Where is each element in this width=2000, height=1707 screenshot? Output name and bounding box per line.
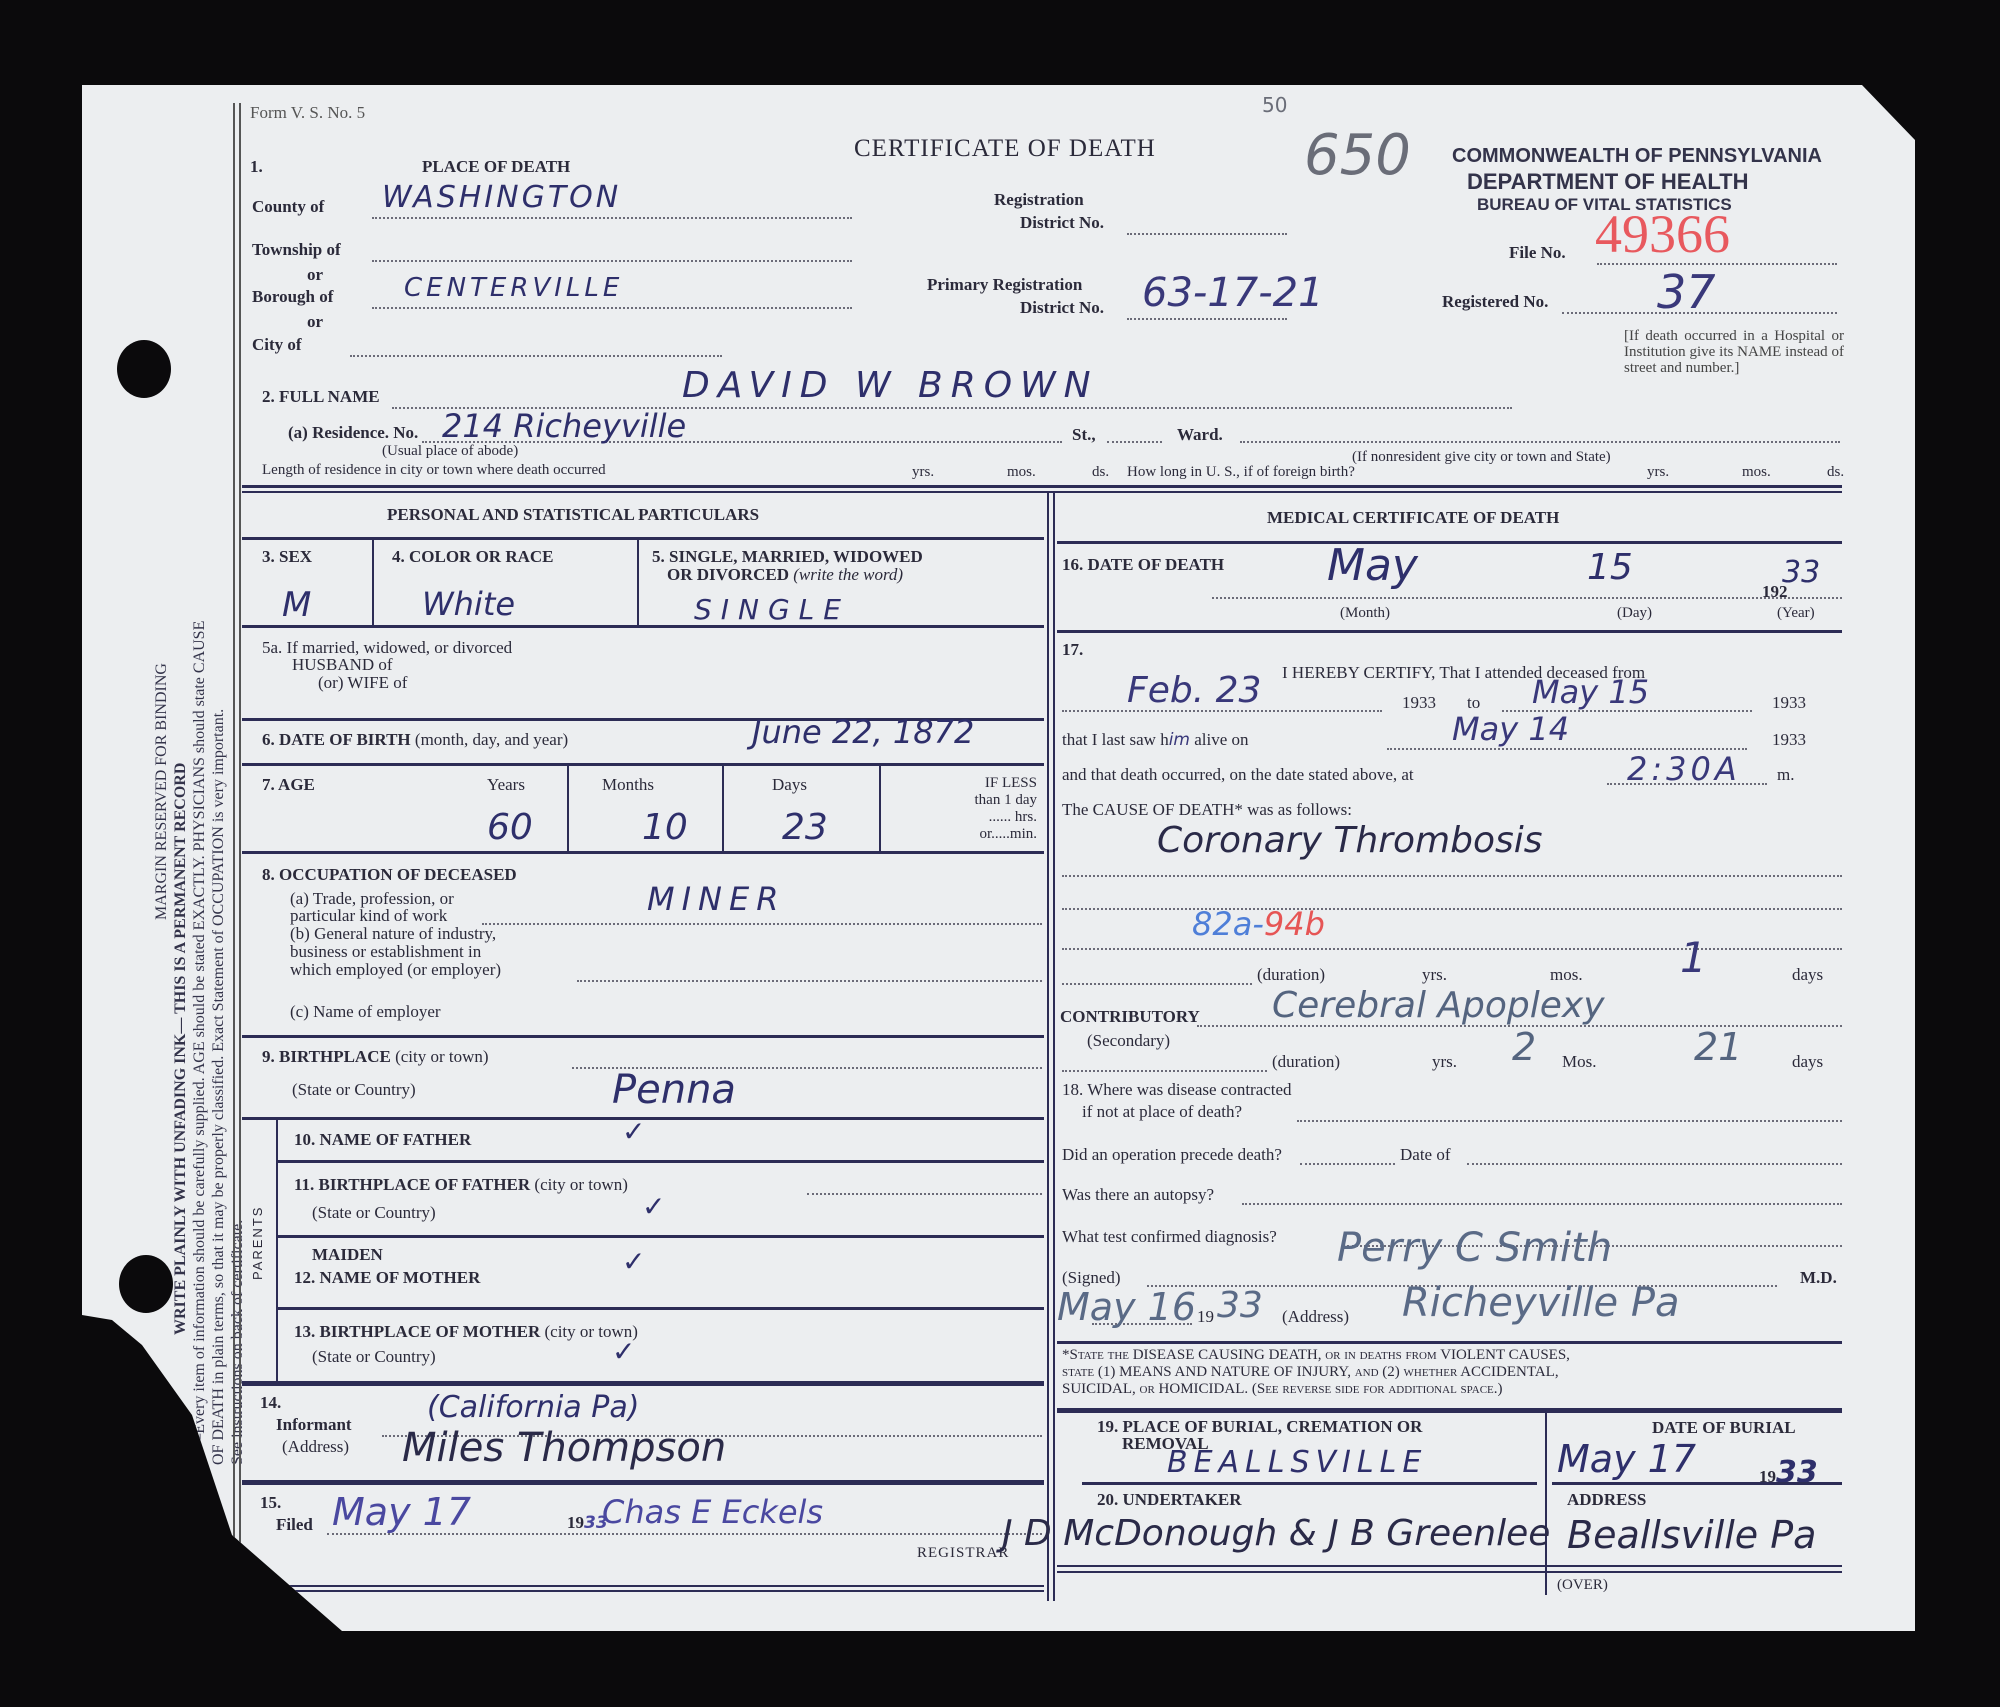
mos-label: mos. [1007,464,1036,481]
marital-label-2: OR DIVORCED [667,565,789,584]
occupation-industry-label: (b) General nature of industry, business… [290,925,501,979]
father-birthplace-label: 11. BIRTHPLACE OF FATHER [294,1175,530,1194]
cause-code-blue: 82a- [1192,905,1264,943]
marital-hint: (write the word) [793,565,903,584]
cause-label: The CAUSE OF DEATH* was as follows: [1062,800,1352,820]
attended-to-year: 1933 [1772,693,1806,713]
footnote-line: SUICIDAL, or HOMICIDAL. (See reverse sid… [1062,1381,1570,1398]
dob-hint: (month, day, and year) [415,730,568,749]
less-label: than 1 day [887,792,1037,809]
divider [1057,630,1842,633]
state-country-label: (State or Country) [312,1203,436,1223]
occ-b-label: business or establishment in [290,943,501,961]
death-year-value: 33 [1782,555,1820,590]
primary-district-value: 63-17-21 [1142,270,1324,316]
death-certificate: MARGIN RESERVED FOR BINDING WRITE PLAINL… [82,85,1915,1631]
registration-label: Registration [994,190,1084,210]
days-label: days [1792,1052,1823,1072]
margin-see-instructions: See instructions on back of certificate. [228,621,247,1480]
burial-place-value: BEALLSVILLE [1167,1445,1427,1480]
city-label: City of [252,335,302,355]
primary-district-label: District No. [1020,298,1104,318]
birthplace-hint: (city or town) [534,1175,627,1194]
parents-tag: PARENTS [250,1206,265,1280]
cell-divider [879,763,881,851]
dob-label: 6. DATE OF BIRTH [262,730,411,749]
father-birthplace-check: ✓ [642,1190,665,1223]
signed-year-value: 33 [1217,1285,1263,1326]
divider [1057,1565,1842,1567]
divider [242,763,1044,766]
usual-abode-hint: (Usual place of abode) [382,443,518,460]
autopsy-label: Was there an autopsy? [1062,1185,1214,1205]
age-months-value: 10 [642,807,688,848]
ds-label: ds. [1827,464,1844,481]
column-divider [1053,491,1055,1601]
occ-b-label: (b) General nature of industry, [290,925,501,943]
wife-label: (or) WIFE of [318,673,407,693]
less-label: IF LESS [887,775,1037,792]
cell-divider [1545,1413,1547,1595]
physician-address-label: (Address) [1282,1307,1349,1327]
year-hint: (Year) [1777,605,1815,622]
yrs-label: yrs. [1422,965,1447,985]
margin-rule [233,103,235,1603]
over-label: (OVER) [1557,1577,1608,1594]
last-saw-label: that I last saw h [1062,730,1169,749]
mos-label: Mos. [1562,1052,1596,1072]
month-hint: (Month) [1340,605,1390,622]
file-number-stamp: 49366 [1595,203,1730,265]
divider [1552,1482,1842,1485]
street-label: St., [1072,425,1096,445]
certificate-title: CERTIFICATE OF DEATH [854,135,1156,163]
undertaker-address-value: Beallsville Pa [1567,1513,1816,1557]
min-label: or.....min. [887,826,1037,843]
filed-label: Filed [276,1515,313,1535]
punch-hole [117,340,171,398]
form-number: Form V. S. No. 5 [250,103,365,123]
footnote-line: state (1) MEANS AND NATURE OF INJURY, an… [1062,1364,1570,1381]
physician-signature: Perry C Smith [1337,1225,1612,1271]
burial-label-line: 19. PLACE OF BURIAL, CREMATION OR [1097,1418,1422,1435]
occupation-value: MINER [647,880,785,918]
footnote-line: *State the DISEASE CAUSING DEATH, or in … [1062,1347,1570,1364]
occ-a-label: (a) Trade, profession, or [290,890,454,907]
occupation-label: 8. OCCUPATION OF DECEASED [262,865,517,885]
informant-address-value: (California Pa) [427,1390,639,1425]
last-saw-value: May 14 [1452,710,1569,748]
death-month-value: May [1327,540,1418,591]
days-label: Days [772,775,807,795]
margin-nb: N.B.—Every item of information should be… [190,621,209,1480]
duration-label: (duration) [1272,1052,1340,1072]
divider [242,1585,1044,1587]
county-value: WASHINGTON [382,180,621,215]
file-no-label: File No. [1509,243,1566,263]
informant-label: Informant [276,1415,352,1435]
year-prefix: 19 [567,1513,584,1532]
divider [1057,541,1842,544]
informant-address-label: (Address) [282,1437,349,1457]
margin-cause: OF DEATH in plain terms, so that it may … [209,621,228,1480]
state-country-label: (State or Country) [292,1080,416,1100]
contributory-months-value: 2 [1512,1025,1536,1069]
test-label: What test confirmed diagnosis? [1062,1227,1277,1247]
age-days-value: 23 [782,807,828,848]
divider [278,1307,1044,1310]
secondary-label: (Secondary) [1087,1031,1170,1051]
divider [1057,1408,1842,1413]
cause-duration-days-value: 1 [1680,933,1707,982]
last-saw-year: 1933 [1772,730,1806,750]
ward-label: Ward. [1177,425,1223,445]
issuer-commonwealth: COMMONWEALTH OF PENNSYLVANIA [1452,145,1822,168]
hrs-label: ...... hrs. [887,809,1037,826]
divider [1057,1341,1842,1344]
less-than-day: IF LESS than 1 day ...... hrs. or.....mi… [887,775,1037,843]
nonresident-hint: (If nonresident give city or town and St… [1352,449,1611,466]
cause-of-death-value: Coronary Thrombosis [1157,820,1543,861]
hospital-note: [If death occurred in a Hospital or Inst… [1624,328,1844,376]
mother-birthplace-check: ✓ [612,1335,635,1368]
attended-from-year: 1933 [1402,693,1436,713]
cause-footnote: *State the DISEASE CAUSING DEATH, or in … [1062,1347,1570,1398]
undertaker-label: 20. UNDERTAKER [1097,1490,1242,1510]
months-label: Months [602,775,654,795]
meridian-label: m. [1777,765,1794,785]
item-number: 14. [260,1393,281,1413]
margin-rule [239,103,241,1603]
occupation-trade-label: (a) Trade, profession, or particular kin… [290,890,454,924]
race-label: 4. COLOR OR RACE [392,547,554,567]
item-number: 17. [1062,640,1083,660]
divider [242,1381,1044,1386]
burial-date-value: May 17 [1557,1437,1696,1481]
age-label: 7. AGE [262,775,315,795]
marital-value: SINGLE [694,593,850,626]
informant-value: Miles Thompson [402,1425,726,1471]
years-label: Years [487,775,525,795]
registration-district-label: District No. [1020,213,1104,233]
undertaker-value: J D McDonough & J B Greenlee [1002,1513,1550,1554]
state-country-label: (State or Country) [312,1347,436,1367]
dob-value: June 22, 1872 [752,713,974,751]
father-check: ✓ [622,1115,645,1148]
full-name-value: DAVID W BROWN [682,365,1099,406]
cell-divider [567,763,569,851]
mother-check: ✓ [622,1245,645,1278]
medical-heading: MEDICAL CERTIFICATE OF DEATH [1267,508,1559,528]
undertaker-address-label: ADDRESS [1567,1490,1646,1510]
item-number: 1. [250,157,263,177]
mos-label: mos. [1742,464,1771,481]
death-time-label: and that death occurred, on the date sta… [1062,765,1414,785]
physician-address-value: Richeyville Pa [1402,1280,1680,1326]
yrs-label: yrs. [1647,464,1669,481]
cell-divider [372,537,374,625]
divider [242,491,1842,493]
md-label: M.D. [1800,1268,1837,1288]
husband-label: HUSBAND of [292,655,393,675]
yrs-label: yrs. [912,464,934,481]
day-hint: (Day) [1617,605,1652,622]
birthplace-value: Penna [612,1067,736,1113]
disease-contracted-label-2: if not at place of death? [1082,1102,1242,1122]
county-label: County of [252,197,324,217]
alive-on-label: alive on [1194,730,1248,749]
date-of-death-label: 16. DATE OF DEATH [1062,555,1224,575]
or-label: or [307,265,323,285]
birthplace-label: 9. BIRTHPLACE [262,1047,391,1066]
borough-value: CENTERVILLE [404,273,623,303]
margin-binding: MARGIN RESERVED FOR BINDING [152,621,171,1480]
occ-b-label: which employed (or employer) [290,961,501,979]
death-time-value: 2:30A [1627,750,1741,788]
divider [278,1160,1044,1163]
divider [242,485,1842,488]
divider [242,625,1044,628]
contributory-label: CONTRIBUTORY [1060,1007,1200,1027]
divider [242,1035,1044,1038]
disease-contracted-label: 18. Where was disease contracted [1062,1080,1292,1100]
cell-divider [722,763,724,851]
residence-label: (a) Residence. No. [288,423,418,443]
personal-heading: PERSONAL AND STATISTICAL PARTICULARS [387,505,759,525]
or-label: or [307,312,323,332]
issuer-department: DEPARTMENT OF HEALTH [1467,169,1749,195]
operation-label: Did an operation precede death? [1062,1145,1282,1165]
signed-date-value: May 16 [1057,1285,1196,1329]
father-name-label: 10. NAME OF FATHER [294,1130,471,1150]
yrs-label: yrs. [1432,1052,1457,1072]
attended-from-value: Feb. 23 [1127,670,1261,711]
column-divider [1047,491,1049,1601]
cause-code-red: 94b [1264,905,1325,943]
occ-a-label: particular kind of work [290,907,454,924]
mos-label: mos. [1550,965,1583,985]
item-number: 15. [260,1493,281,1513]
attended-to-value: May 15 [1532,673,1649,711]
sex-label: 3. SEX [262,547,312,567]
divider [278,1235,1044,1238]
township-label: Township of [252,240,341,260]
ds-label: ds. [1092,464,1109,481]
length-of-residence-label: Length of residence in city or town wher… [262,462,606,479]
age-years-value: 60 [487,807,533,848]
marital-label: 5. SINGLE, MARRIED, WIDOWED [652,547,923,567]
contributory-value: Cerebral Apoplexy [1272,985,1605,1026]
contributory-days-value: 21 [1694,1025,1742,1069]
burial-date-label: DATE OF BURIAL [1652,1418,1796,1438]
divider [1082,1482,1537,1485]
borough-label: Borough of [252,287,333,307]
divider [242,1480,1044,1485]
year-prefix: 19 [1197,1307,1214,1327]
cause-code: 82a-94b [1192,905,1325,943]
last-saw-pronoun: im [1169,730,1190,750]
birthplace-hint: (city or town) [395,1047,488,1066]
registrar-signature: Chas E Eckels [602,1493,823,1531]
filed-date-value: May 17 [332,1490,471,1534]
divider [1057,1571,1842,1573]
employer-label: (c) Name of employer [290,1002,441,1022]
duration-label: (duration) [1257,965,1325,985]
divider [242,1590,1044,1592]
divider [242,537,1044,540]
death-day-value: 15 [1587,547,1633,588]
place-of-death-heading: PLACE OF DEATH [422,157,570,177]
residence-value: 214 Richeyville [442,407,686,445]
days-label: days [1792,965,1823,985]
registered-no-value: 37 [1657,265,1716,319]
mother-birthplace-label: 13. BIRTHPLACE OF MOTHER [294,1322,540,1341]
primary-registration-label: Primary Registration [927,275,1082,295]
registrar-label: REGISTRAR [917,1545,1009,1562]
sex-value: M [282,585,311,625]
operation-date-label: Date of [1400,1145,1451,1165]
pencil-number: 650 [1304,123,1411,188]
registered-no-label: Registered No. [1442,292,1548,312]
mother-name-label: 12. NAME OF MOTHER [294,1268,480,1288]
foreign-birth-label: How long in U. S., if of foreign birth? [1127,464,1355,481]
cell-divider [637,537,639,625]
race-value: White [422,585,515,623]
parents-divider [276,1117,278,1382]
divider [242,851,1044,854]
pencil-note: 50 [1262,93,1287,117]
full-name-label: 2. FULL NAME [262,387,380,407]
margin-write-plainly: WRITE PLAINLY WITH UNFADING INK— THIS IS… [171,621,190,1480]
maiden-label: MAIDEN [312,1245,383,1265]
